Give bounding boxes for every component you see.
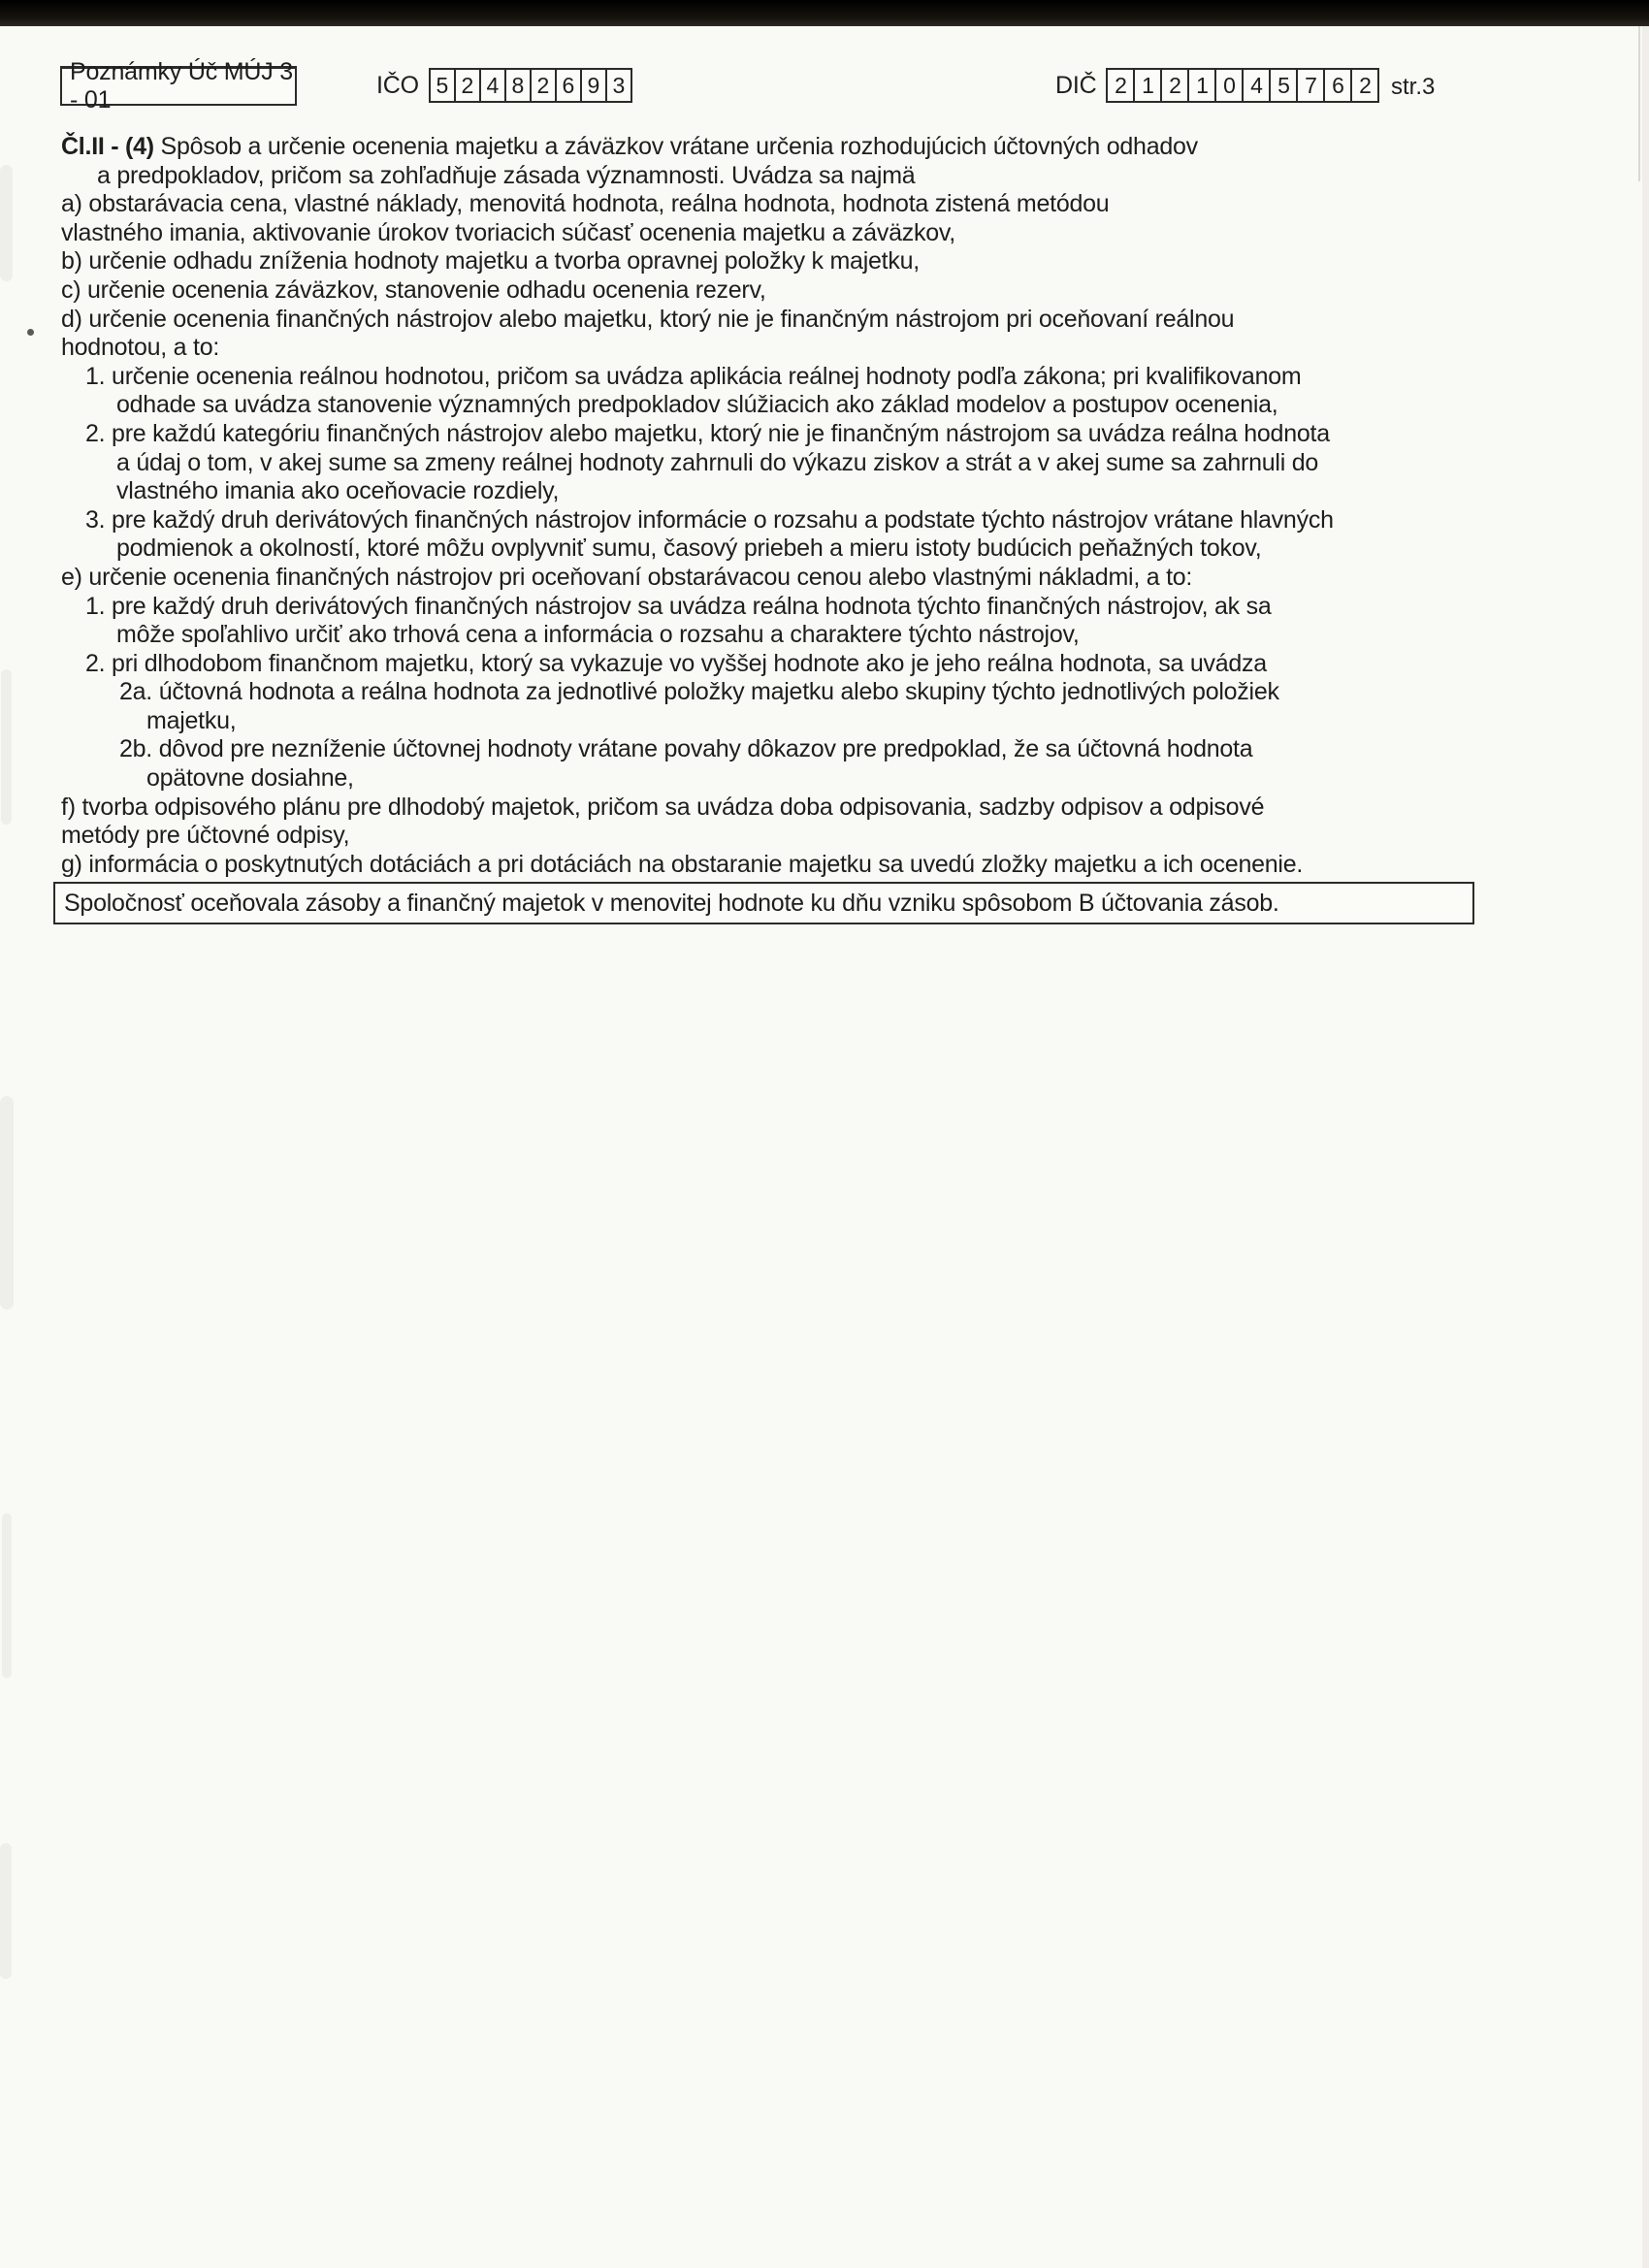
digit-cell: 4: [479, 68, 506, 103]
digit-cell: 2: [1160, 68, 1189, 103]
body-line: 2. pri dlhodobom finančnom majetku, ktor…: [61, 650, 1613, 679]
body-line: 1. určenie ocenenia reálnou hodnotou, pr…: [61, 363, 1613, 392]
dic-label: DIČ: [1055, 72, 1096, 100]
form-label: Poznámky Úč MÚJ 3 - 01: [70, 58, 295, 114]
scan-edge-right-line: [1638, 26, 1640, 181]
dic-group: DIČ 2121045762: [1055, 68, 1379, 103]
body-line: vlastného imania ako oceňovacie rozdiely…: [61, 477, 1613, 506]
digit-cell: 2: [1350, 68, 1379, 103]
body-lines: a predpokladov, pričom sa zohľadňuje zás…: [61, 162, 1613, 880]
form-label-box: Poznámky Úč MÚJ 3 - 01: [60, 66, 297, 106]
digit-cell: 0: [1214, 68, 1244, 103]
digit-cell: 2: [530, 68, 557, 103]
body-line: 2b. dôvod pre nezníženie účtovnej hodnot…: [61, 735, 1613, 764]
body-line: metódy pre účtovné odpisy,: [61, 822, 1613, 851]
ico-group: IČO 52482693: [376, 68, 632, 103]
scan-artifact-dot: [27, 329, 34, 336]
body-line: podmienok a okolností, ktoré môžu ovplyv…: [61, 535, 1613, 564]
body-line: 1. pre každý druh derivátových finančnýc…: [61, 593, 1613, 622]
digit-cell: 8: [504, 68, 532, 103]
body-line: 3. pre každý druh derivátových finančnýc…: [61, 506, 1613, 535]
scan-smudge: [0, 165, 13, 281]
ico-label: IČO: [376, 72, 419, 100]
digit-cell: 2: [1106, 68, 1135, 103]
body-line: odhade sa uvádza stanovenie významných p…: [61, 391, 1613, 420]
body-line: e) určenie ocenenia finančných nástrojov…: [61, 564, 1613, 593]
digit-cell: 1: [1133, 68, 1162, 103]
digit-cell: 7: [1296, 68, 1325, 103]
body-line: 2a. účtovná hodnota a reálna hodnota za …: [61, 678, 1613, 707]
body-line: hodnotou, a to:: [61, 334, 1613, 363]
intro-clause-label: Čl.II - (4): [61, 133, 154, 160]
body-line: d) určenie ocenenia finančných nástrojov…: [61, 306, 1613, 335]
body-intro-line: Čl.II - (4) Spôsob a určenie ocenenia ma…: [61, 133, 1613, 162]
digit-cell: 6: [555, 68, 582, 103]
scan-smudge: [0, 1096, 14, 1310]
scan-smudge: [1, 669, 12, 825]
body-line: c) určenie ocenenia záväzkov, stanovenie…: [61, 276, 1613, 306]
body-line: a údaj o tom, v akej sume sa zmeny reáln…: [61, 449, 1613, 478]
footer-note-box: Spoločnosť oceňovala zásoby a finančný m…: [53, 882, 1474, 924]
scan-smudge: [2, 1513, 12, 1678]
digit-cell: 9: [580, 68, 607, 103]
body-line: vlastného imania, aktivovanie úrokov tvo…: [61, 219, 1613, 248]
ico-digit-boxes: 52482693: [429, 68, 632, 103]
digit-cell: 5: [429, 68, 456, 103]
document-body: Čl.II - (4) Spôsob a určenie ocenenia ma…: [61, 133, 1613, 879]
body-line: f) tvorba odpisového plánu pre dlhodobý …: [61, 794, 1613, 823]
digit-cell: 3: [605, 68, 632, 103]
body-line: a predpokladov, pričom sa zohľadňuje zás…: [61, 162, 1613, 191]
footer-note-text: Spoločnosť oceňovala zásoby a finančný m…: [64, 890, 1279, 918]
scanned-page: Poznámky Úč MÚJ 3 - 01 IČO 52482693 DIČ …: [0, 0, 1649, 2268]
body-line: opätovne dosiahne,: [61, 764, 1613, 794]
digit-cell: 5: [1269, 68, 1298, 103]
body-line: môže spoľahlivo určiť ako trhová cena a …: [61, 621, 1613, 650]
digit-cell: 1: [1187, 68, 1216, 103]
body-line: majetku,: [61, 707, 1613, 736]
body-line: 2. pre každú kategóriu finančných nástro…: [61, 420, 1613, 449]
scan-edge-right: [1642, 26, 1649, 2268]
scan-edge-top-bar: [0, 0, 1649, 26]
digit-cell: 2: [454, 68, 481, 103]
body-line: a) obstarávacia cena, vlastné náklady, m…: [61, 190, 1613, 219]
digit-cell: 4: [1242, 68, 1271, 103]
body-line: b) určenie odhadu zníženia hodnoty majet…: [61, 247, 1613, 276]
scan-smudge: [0, 1843, 12, 1979]
digit-cell: 6: [1323, 68, 1352, 103]
body-line: g) informácia o poskytnutých dotáciách a…: [61, 851, 1613, 880]
intro-text: Spôsob a určenie ocenenia majetku a závä…: [154, 133, 1198, 160]
page-number: str.3: [1391, 74, 1435, 101]
dic-digit-boxes: 2121045762: [1106, 68, 1379, 103]
